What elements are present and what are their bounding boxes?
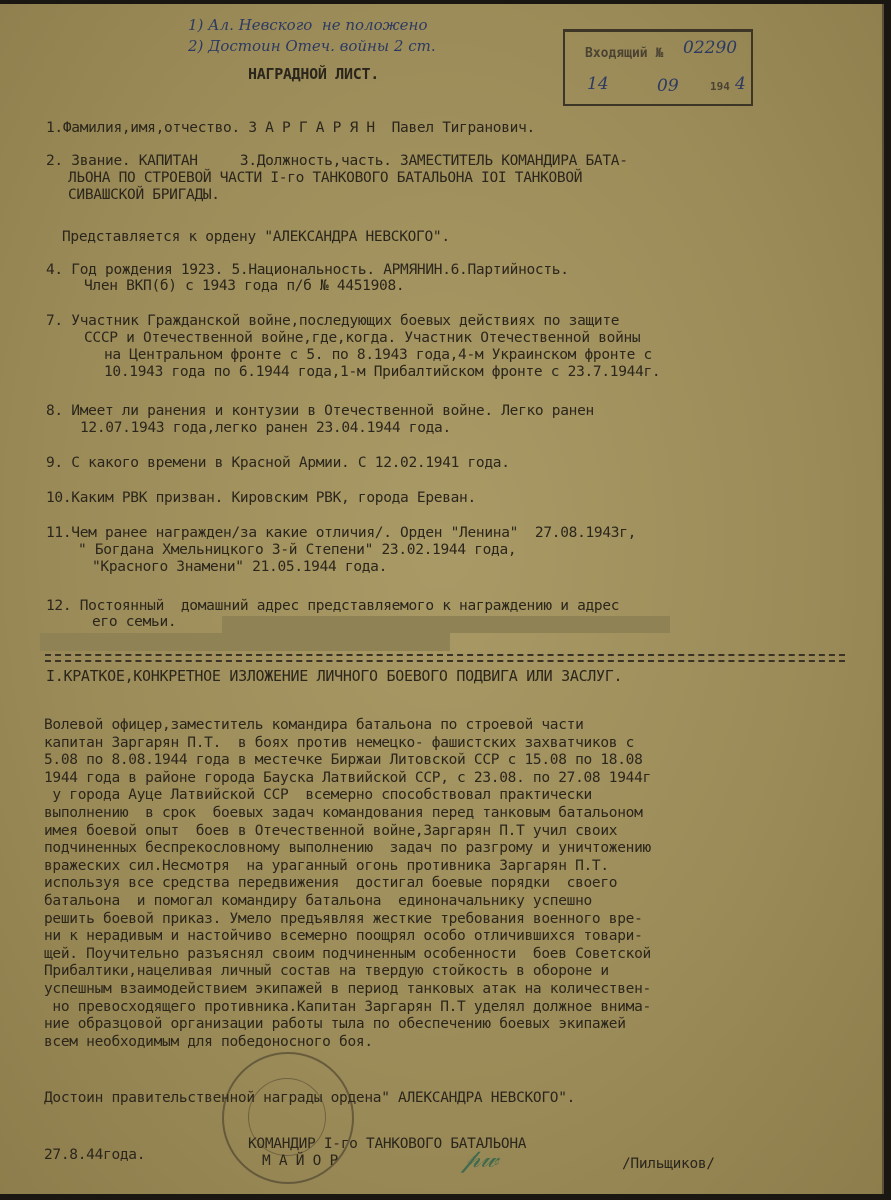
- field-11-line-1: 11.Чем ранее награжден/за какие отличия/…: [46, 525, 636, 542]
- field-8-line-2: 12.07.1943 года,легко ранен 23.04.1944 г…: [80, 420, 451, 437]
- field-1-name: 1.Фамилия,имя,отчество. З А Р Г А Р Я Н …: [46, 120, 535, 137]
- redacted-address: [222, 616, 670, 633]
- redacted-address-2: [40, 633, 450, 651]
- divider-bottom: [45, 660, 845, 662]
- field-11-line-3: "Красного Знамени" 21.05.1944 года.: [92, 559, 387, 576]
- narrative-line: щей. Поучительно разъяснял своим подчине…: [44, 946, 651, 963]
- presented-for-order: Представляется к ордену "АЛЕКСАНДРА НЕВС…: [62, 229, 450, 246]
- field-2-line-3: СИВАШСКОЙ БРИГАДЫ.: [68, 187, 220, 204]
- field-7-line-1: 7. Участник Гражданской войне,последующи…: [46, 313, 619, 330]
- document-title: НАГРАДНОЙ ЛИСТ.: [248, 66, 379, 83]
- narrative-line: подчиненных беспрекословному выполнению …: [44, 840, 651, 857]
- stamp-label: Входящий №: [585, 46, 663, 61]
- narrative-line: всем необходимым для победоносного боя.: [44, 1034, 373, 1051]
- handwritten-signature: 𝓅𝓌: [462, 1144, 499, 1175]
- narrative-line: капитан Заргарян П.Т. в боях против неме…: [44, 735, 634, 752]
- stamp-number: 02290: [683, 38, 737, 58]
- narrative-line: у города Ауце Латвийской ССР всемерно сп…: [44, 787, 592, 804]
- narrative-line: решить боевой приказ. Умело предъявляя ж…: [44, 911, 643, 928]
- conclusion: Достоин правительственной награды ордена…: [44, 1090, 575, 1107]
- field-2-line-1: 2. Звание. КАПИТАН 3.Должность,часть. ЗА…: [46, 153, 628, 170]
- narrative-line: но превосходящего противника.Капитан Зар…: [44, 999, 651, 1016]
- stamp-month: 09: [657, 76, 679, 96]
- narrative-line: имея боевой опыт боев в Отечественной во…: [44, 823, 617, 840]
- stamp-day: 14: [587, 74, 609, 94]
- award-sheet: 1) Ал. Невского не положено 2) Достоин О…: [0, 4, 884, 1194]
- field-12-line-2: его семьи.: [92, 614, 176, 631]
- handwritten-note-2: 2) Достоин Отеч. войны 2 ст.: [188, 37, 436, 55]
- field-10-draft-office: 10.Каким РВК призван. Кировским РВК, гор…: [46, 490, 476, 507]
- narrative-line: Волевой офицер,заместитель командира бат…: [44, 717, 584, 734]
- handwritten-note-1: 1) Ал. Невского не положено: [188, 16, 427, 34]
- narrative-line: 1944 года в районе города Бауска Латвийс…: [44, 770, 651, 787]
- narrative-line: Прибалтики,нацеливая личный состав на тв…: [44, 963, 609, 980]
- field-4-line-1: 4. Год рождения 1923. 5.Национальность. …: [46, 262, 569, 279]
- field-7-line-4: 10.1943 года по 6.1944 года,1-м Прибалти…: [104, 364, 660, 381]
- stamp-year-prefix: 194: [710, 80, 730, 93]
- signature-name: /Пильщиков/: [622, 1156, 715, 1173]
- field-12-line-1: 12. Постоянный домашний адрес представля…: [46, 598, 619, 615]
- narrative-line: ни к нерадивым и настойчиво всемерно поо…: [44, 928, 643, 945]
- narrative-line: вражеских сил.Несмотря на ураганный огон…: [44, 858, 609, 875]
- incoming-stamp: Входящий № 02290 14 09 194 4: [563, 29, 753, 106]
- field-8-line-1: 8. Имеет ли ранения и контузии в Отечест…: [46, 403, 594, 420]
- narrative-line: выполнению в срок боевых задач командова…: [44, 805, 643, 822]
- stamp-year-suffix: 4: [735, 74, 746, 94]
- field-11-line-2: " Богдана Хмельницкого 3-й Степени" 23.0…: [78, 542, 516, 559]
- narrative-line: ние образцовой организации работы тыла п…: [44, 1016, 626, 1033]
- narrative-line: 5.08 по 8.08.1944 года в местечке Биржаи…: [44, 752, 643, 769]
- field-7-line-3: на Центральном фронте с 5. по 8.1943 год…: [104, 347, 652, 364]
- section-title: I.КРАТКОЕ,КОНКРЕТНОЕ ИЗЛОЖЕНИЕ ЛИЧНОГО Б…: [46, 668, 622, 685]
- signature-rank: М А Й О Р: [262, 1153, 338, 1170]
- field-2-line-2: ЛЬОНА ПО СТРОЕВОЙ ЧАСТИ I-го ТАНКОВОГО Б…: [68, 170, 582, 187]
- narrative-line: батальона и помогал командиру батальона …: [44, 893, 592, 910]
- narrative-line: успешным взаимодействием экипажей в пери…: [44, 981, 651, 998]
- divider-top: [45, 654, 845, 656]
- narrative-line: используя все средства передвижения дост…: [44, 875, 617, 892]
- field-4-line-2: Член ВКП(б) с 1943 года п/б № 4451908.: [84, 278, 404, 295]
- field-9-army-since: 9. С какого времени в Красной Армии. С 1…: [46, 455, 510, 472]
- field-7-line-2: СССР и Отечественной войне,где,когда. Уч…: [84, 330, 640, 347]
- signature-date: 27.8.44года.: [44, 1147, 145, 1164]
